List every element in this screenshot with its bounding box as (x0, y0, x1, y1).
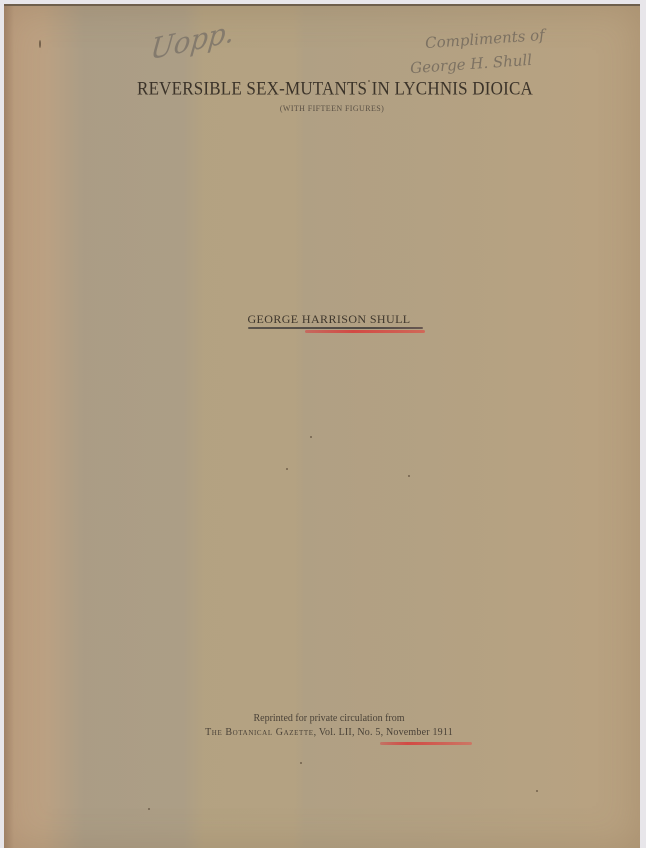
speck (300, 762, 302, 764)
document-title: REVERSIBLE SEX-MUTANTS IN LYCHNIS DIOICA (0, 78, 646, 100)
date-underline-red (380, 742, 472, 745)
reprint-notice: Reprinted for private circulation from (0, 713, 646, 724)
reprint-source: The Botanical Gazette, Vol. LII, No. 5, … (0, 727, 646, 738)
speck (286, 468, 288, 470)
speck (536, 790, 538, 792)
speck (408, 475, 410, 477)
author-underline-pencil (248, 327, 423, 329)
journal-issue: , Vol. LII, No. 5, November 1911 (314, 727, 453, 738)
speck (148, 808, 150, 810)
document-subtitle: (WITH FIFTEEN FIGURES) (0, 104, 646, 113)
speck (39, 40, 41, 48)
speck (310, 436, 312, 438)
author-underline-red (305, 330, 425, 333)
journal-name: The Botanical Gazette (205, 727, 314, 738)
author-name: GEORGE HARRISON SHULL (0, 312, 646, 327)
